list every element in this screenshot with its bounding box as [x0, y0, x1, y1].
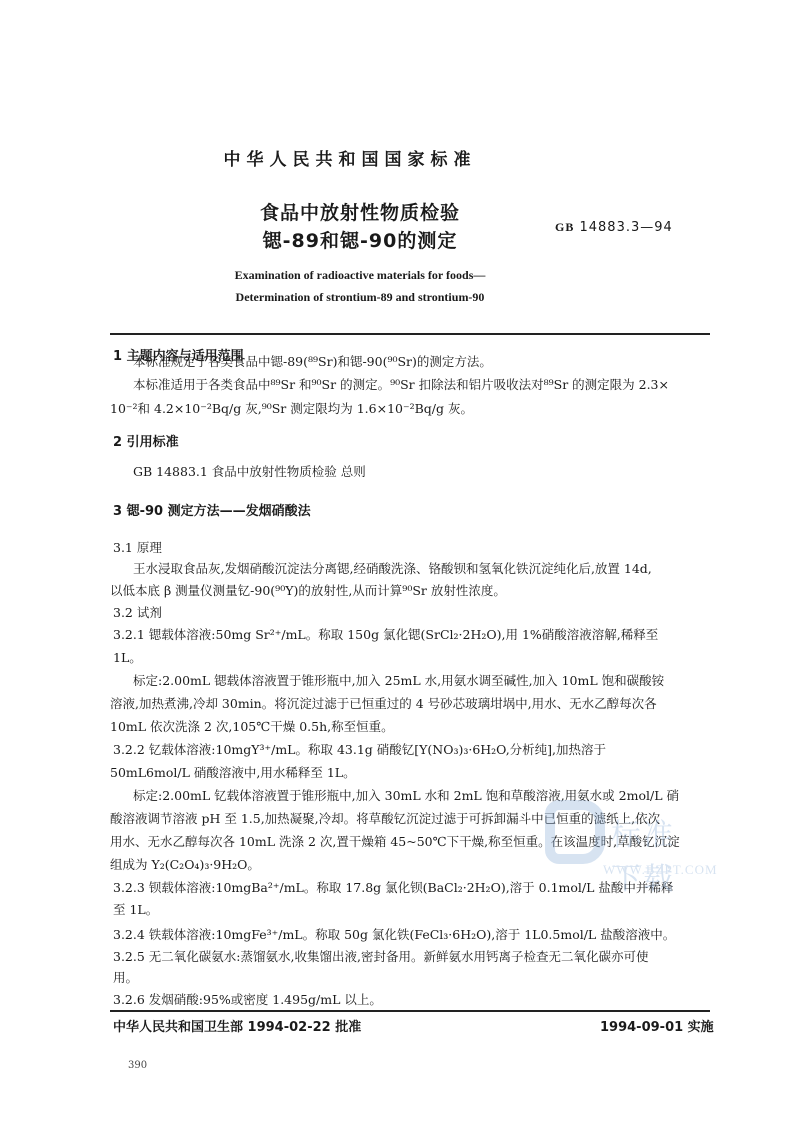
watermark-url: WWW.BZPT.COM — [603, 862, 718, 878]
page-number: 390 — [128, 1060, 147, 1071]
section-3-2-1-calibration-line1: 标定:2.00mL 锶载体溶液置于锥形瓶中,加入 25mL 水,用氨水调至碱性,… — [133, 671, 664, 689]
section-2-reference: GB 14883.1 食品中放射性物质检验 总则 — [133, 462, 366, 480]
standard-code: GB 14883.3—94 — [555, 220, 673, 235]
effective-date: 1994-09-01 实施 — [600, 1016, 714, 1035]
section-3-2-2-calibration-line1: 标定:2.00mL 钇载体溶液置于锥形瓶中,加入 30mL 水和 2mL 饱和草… — [133, 786, 679, 804]
standard-code-prefix: GB — [555, 220, 574, 234]
section-3-2-3-line2: 至 1L。 — [113, 900, 158, 918]
section-3-1-line1: 王水浸取食品灰,发烟硝酸沉淀法分离锶,经硝酸洗涤、铬酸钡和氢氧化铁沉淀纯化后,放… — [133, 559, 652, 577]
section-3-2-2-calibration-line3: 用水、无水乙醇每次各 10mL 洗涤 2 次,置干燥箱 45~50℃下干燥,称至… — [110, 832, 680, 850]
section-3-2-heading: 3.2 试剂 — [113, 603, 162, 621]
english-title-line1: Examination of radioactive materials for… — [0, 268, 720, 283]
section-3-2-6: 3.2.6 发烟硝酸:95%或密度 1.495g/mL 以上。 — [113, 990, 382, 1008]
section-3-2-5-line1: 3.2.5 无二氧化碳氨水:蒸馏氨水,收集馏出液,密封备用。新鲜氨水用钙离子检查… — [113, 947, 648, 965]
section-3-2-1-calibration-line2: 溶液,加热煮沸,冷却 30min。将沉淀过滤于已恒重过的 4 号砂芯玻璃坩埚中,… — [110, 694, 657, 712]
section-3-2-1-calibration-line3: 10mL 依次洗涤 2 次,105℃干燥 0.5h,称至恒重。 — [110, 717, 394, 735]
section-3-1-line2: 以低本底 β 测量仪测量钇-90(⁹⁰Y)的放射性,从而计算⁹⁰Sr 放射性浓度… — [110, 581, 506, 599]
section-3-2-2-line1: 3.2.2 钇载体溶液:10mgY³⁺/mL。称取 43.1g 硝酸钇[Y(NO… — [113, 740, 606, 758]
english-title-line2: Determination of strontium-89 and stront… — [0, 290, 720, 305]
national-standard-label: 中华人民共和国国家标准 — [0, 145, 700, 170]
section-3-2-5-line2: 用。 — [113, 968, 138, 986]
section-1-paragraph-2-line2: 10⁻²和 4.2×10⁻²Bq/g 灰,⁹⁰Sr 测定限均为 1.6×10⁻²… — [110, 399, 473, 417]
section-3-1-heading: 3.1 原理 — [113, 538, 162, 556]
approval-date: 中华人民共和国卫生部 1994-02-22 批准 — [113, 1016, 361, 1035]
footer-divider — [110, 1010, 710, 1012]
section-1-paragraph-2-line1: 本标准适用于各类食品中⁸⁹Sr 和⁹⁰Sr 的测定。⁹⁰Sr 扣除法和铝片吸收法… — [133, 375, 669, 393]
section-3-2-2-calibration-line2: 酸溶液调节溶液 pH 至 1.5,加热凝聚,冷却。将草酸钇沉淀过滤于可拆卸漏斗中… — [110, 809, 660, 827]
section-3-2-1-line1: 3.2.1 锶载体溶液:50mg Sr²⁺/mL。称取 150g 氯化锶(SrC… — [113, 625, 658, 643]
section-3-2-2-calibration-line4: 组成为 Y₂(C₂O₄)₃·9H₂O。 — [110, 855, 260, 873]
header-divider — [110, 333, 710, 335]
section-3-2-2-line2: 50mL6mol/L 硝酸溶液中,用水稀释至 1L。 — [110, 763, 356, 781]
section-2-heading: 2 引用标准 — [113, 431, 179, 450]
section-1-paragraph-1: 本标准规定了各类食品中锶-89(⁸⁹Sr)和锶-90(⁹⁰Sr)的测定方法。 — [133, 352, 492, 370]
standard-code-number: 14883.3—94 — [579, 220, 672, 235]
section-3-2-3-line1: 3.2.3 钡载体溶液:10mgBa²⁺/mL。称取 17.8g 氯化钡(BaC… — [113, 878, 673, 896]
section-3-2-4: 3.2.4 铁载体溶液:10mgFe³⁺/mL。称取 50g 氯化铁(FeCl₃… — [113, 925, 675, 943]
section-3-heading: 3 锶-90 测定方法——发烟硝酸法 — [113, 500, 311, 519]
section-3-2-1-line2: 1L。 — [113, 648, 142, 666]
